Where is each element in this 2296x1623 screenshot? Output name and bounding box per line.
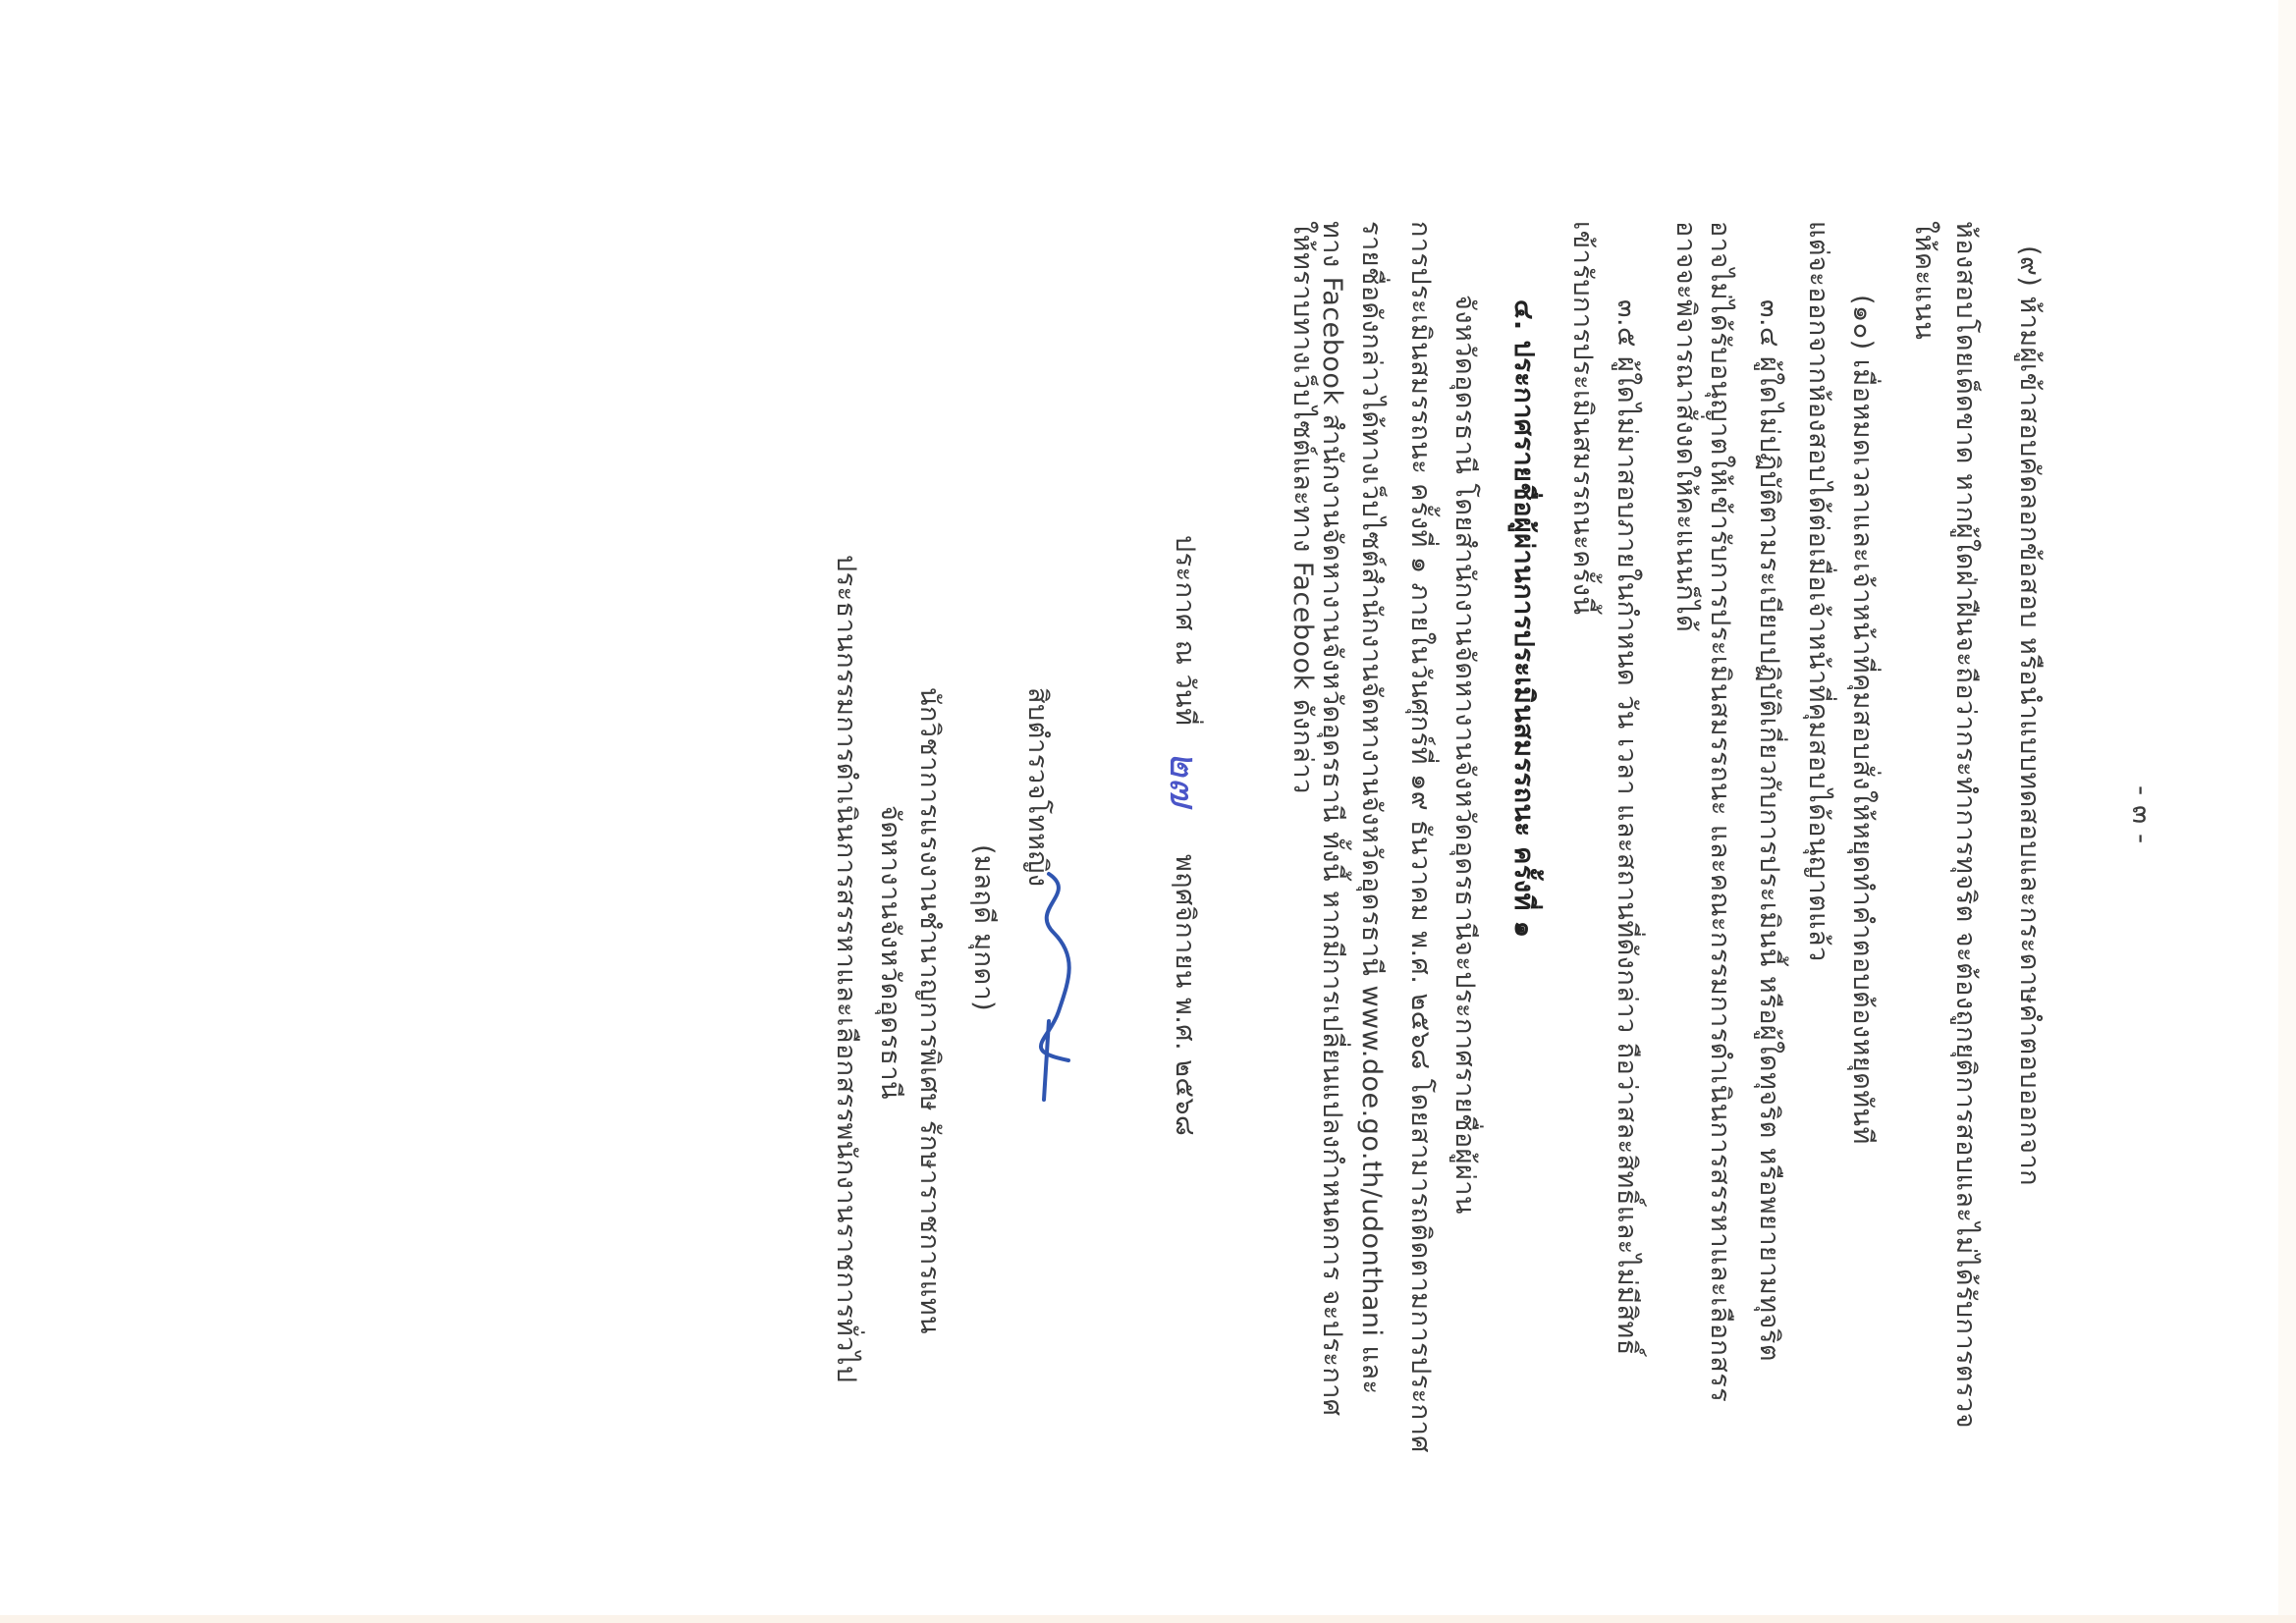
- handwritten-day: ๒๗: [1153, 751, 1216, 806]
- section-4-line-5: ให้ทราบทางเว็บไซต์และทาง Facebook ดังกล่…: [1285, 221, 1319, 794]
- section-4-line-2: การประเมินสมรรถนะ ครั้งที่ ๑ ภายในวันศุก…: [1403, 221, 1437, 1453]
- item-3-4-line-3: อาจจะพิจารณาสั่งงดให้คะแนนก็ได้: [1668, 221, 1702, 632]
- announcement-date-prefix: ประกาศ ณ วันที่: [1168, 535, 1201, 726]
- document-page: - ๓ - (๙) ห้ามผู้เข้าสอบคัดลอกข้อสอบ หรื…: [0, 0, 2296, 1623]
- signature-icon: [1010, 864, 1088, 1119]
- item-3-4-line-2: อาจไม่ได้รับอนุญาตให้เข้ารับการประเมินสม…: [1703, 221, 1736, 1402]
- signer-rank: สิบตำรวจโทหญิง: [1020, 687, 1054, 888]
- item-9-line-1: (๙) ห้ามผู้เข้าสอบคัดลอกข้อสอบ หรือนำแบบ…: [2012, 245, 2046, 1186]
- signer-position-3: ประธานกรรมการดำเนินการสรรหาและเลือกสรรพน…: [829, 555, 862, 1383]
- page-number: - ๓ -: [2125, 785, 2159, 844]
- announcement-date-month-year: พฤศจิกายน พ.ศ. ๒๕๖๘: [1168, 854, 1201, 1136]
- section-4-line-4: ทาง Facebook สำนักงานจัดหางานจังหวัดอุดร…: [1315, 221, 1348, 1417]
- section-4-heading: ๔. ประกาศรายชื่อผู้ผ่านการประเมินสมรรถนะ…: [1506, 299, 1540, 938]
- signature: [1010, 864, 1088, 1119]
- item-9-line-3: ให้คะแนน: [1907, 221, 1941, 340]
- item-3-5-line-2: เข้ารับการประเมินสมรรถนะครั้งนี้: [1565, 221, 1599, 615]
- signer-position-1: นักวิชาการแรงงานชำนาญการพิเศษ รักษาราชกา…: [912, 687, 946, 1334]
- signer-position-2: จัดหางานจังหวัดอุดรธานี: [873, 805, 906, 1100]
- section-4-line-1: จังหวัดอุดรธานี โดยสำนักงานจัดหางานจังหว…: [1448, 295, 1481, 1215]
- signer-name: (มลฤดี มุกดา): [966, 844, 1000, 1011]
- item-3-4-line-1: ๓.๔ ผู้ใดไม่ปฏิบัติตามระเบียบปฏิบัติเกี่…: [1752, 299, 1785, 1362]
- item-3-5-line-1: ๓.๕ ผู้ใดไม่มาสอบภายในกำหนด วัน เวลา และ…: [1610, 299, 1643, 1356]
- item-10-line-2: แต่จะออกจากห้องสอบได้ต่อเมื่อเจ้าหน้าที่…: [1801, 221, 1834, 962]
- item-9-line-2: ห้องสอบโดยเด็ดขาด หากผู้ใดฝ่าฝืนจะถือว่า…: [1948, 221, 1982, 1429]
- section-4-line-3: รายชื่อดังกล่าวได้ทางเว็บไซต์สำนักงานจัด…: [1354, 221, 1388, 1395]
- item-10-line-1: (๑๐) เมื่อหมดเวลาและเจ้าหน้าที่คุมสอบสั่…: [1845, 295, 1879, 1145]
